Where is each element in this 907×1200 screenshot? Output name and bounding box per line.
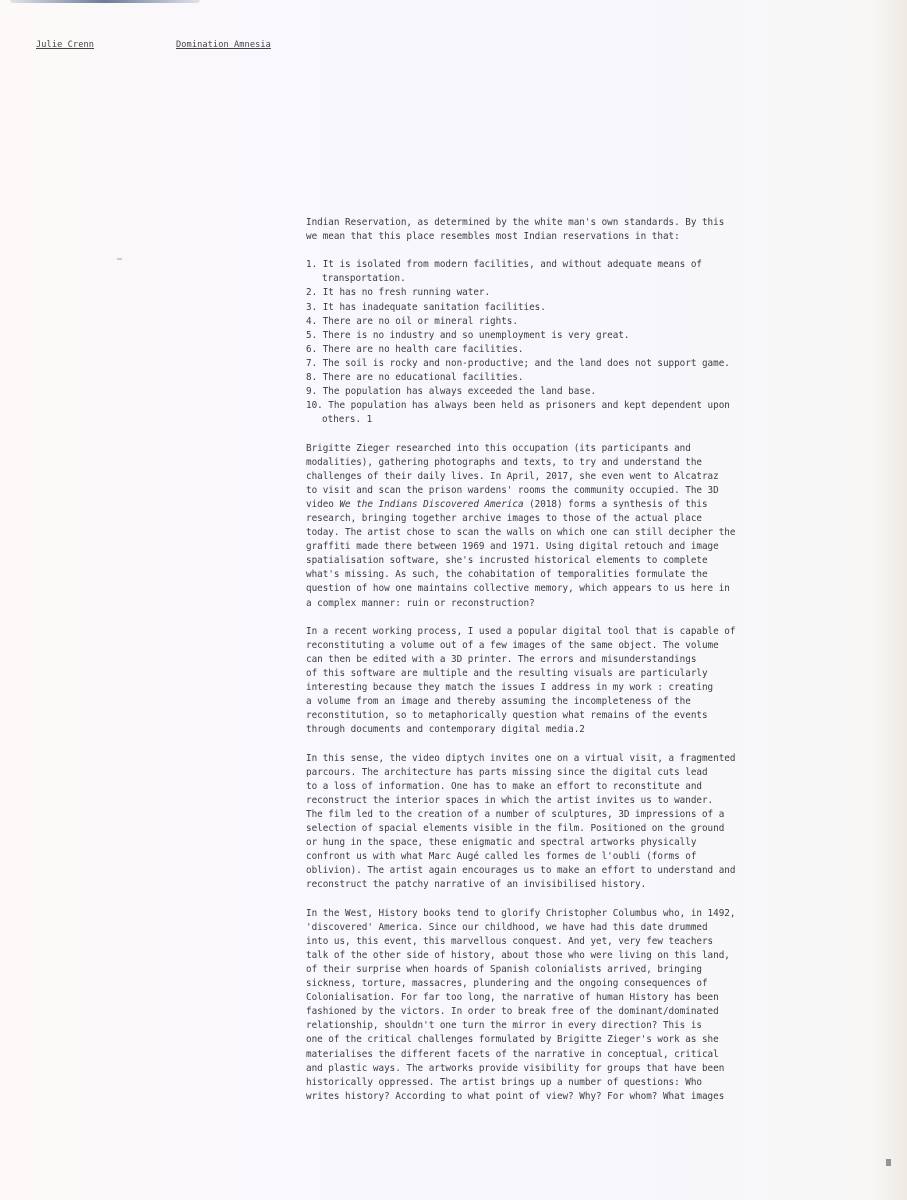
list-item: 6. There are no health care facilities. <box>306 343 886 357</box>
intro-paragraph: Indian Reservation, as determined by the… <box>306 216 886 244</box>
list-item: 4. There are no oil or mineral rights. <box>306 315 886 329</box>
paragraph-research: Brigitte Zieger researched into this occ… <box>306 442 886 611</box>
page-corner-mark <box>886 1159 891 1166</box>
scan-edge-shadow <box>10 0 200 3</box>
list-item-continuation: others. 1 <box>306 413 886 427</box>
paragraph-working-process: In a recent working process, I used a po… <box>306 625 886 738</box>
reservation-conditions-list: 1. It is isolated from modern facilities… <box>306 258 886 427</box>
list-item: 5. There is no industry and so unemploym… <box>306 329 886 343</box>
list-item-continuation: transportation. <box>306 272 886 286</box>
paragraph-history: In the West, History books tend to glori… <box>306 907 886 1104</box>
scan-speck <box>117 258 122 260</box>
list-item: 7. The soil is rocky and non-productive;… <box>306 357 886 371</box>
list-item: 2. It has no fresh running water. <box>306 286 886 300</box>
list-item: 10. The population has always been held … <box>306 399 886 413</box>
list-item: 1. It is isolated from modern facilities… <box>306 258 886 272</box>
list-item: 9. The population has always exceeded th… <box>306 385 886 399</box>
article-body: Indian Reservation, as determined by the… <box>306 216 886 1118</box>
video-title: We the Indians Discovered America <box>339 499 523 510</box>
running-head-author: Julie Crenn <box>36 40 94 50</box>
running-head-title: Domination Amnesia <box>176 40 271 50</box>
list-item: 3. It has inadequate sanitation faciliti… <box>306 301 886 315</box>
paragraph-video-diptych: In this sense, the video diptych invites… <box>306 752 886 893</box>
list-item: 8. There are no educational facilities. <box>306 371 886 385</box>
